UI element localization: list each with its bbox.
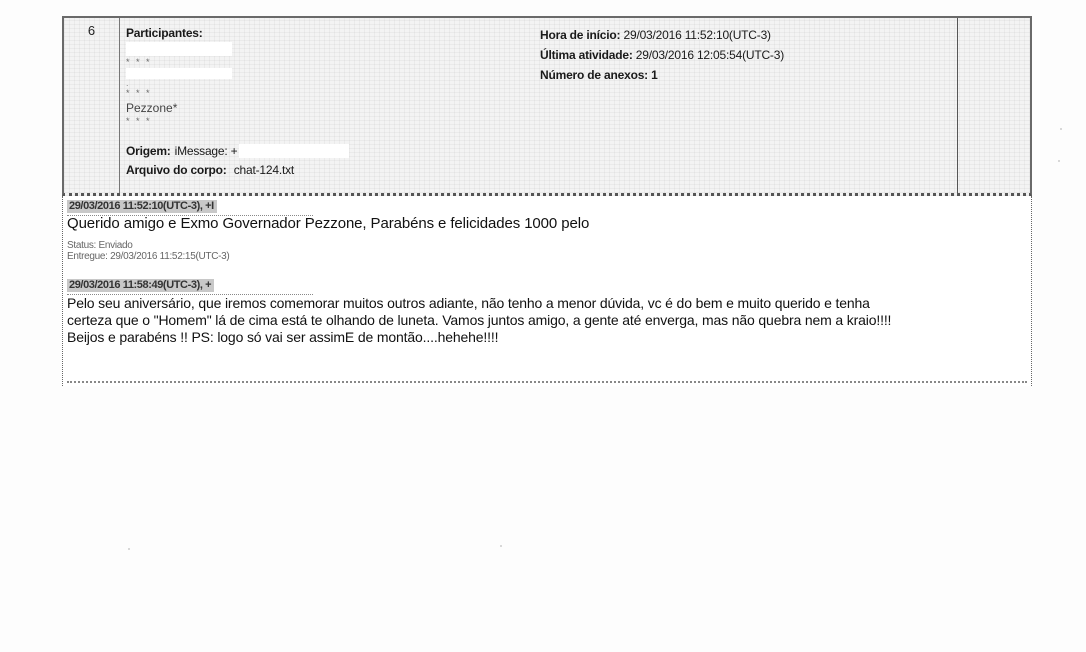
redacted-participant-2	[126, 68, 232, 79]
participant-1-marker: * * *	[126, 56, 540, 68]
attachments-value: 1	[651, 68, 657, 82]
redacted-origin	[239, 144, 349, 158]
record-index-cell: 6	[64, 18, 120, 193]
start-time-value: 29/03/2016 11:52:10(UTC-3)	[624, 28, 771, 42]
message-2-line-1: Pelo seu aniversário, que iremos comemor…	[67, 295, 1031, 312]
message-2-line-2: certeza que o "Homem" lá de cima está te…	[67, 312, 1031, 329]
attachments-row: Número de anexos: 1	[540, 66, 957, 86]
empty-cell	[958, 18, 1030, 193]
record-index: 6	[88, 23, 95, 38]
scan-speck	[500, 545, 502, 547]
body-file-row: Arquivo do corpo: chat-124.txt	[126, 161, 540, 181]
messages-box: 29/03/2016 11:52:10(UTC-3), +I Querido a…	[62, 196, 1032, 386]
participant-3-marker: * * *	[126, 115, 540, 127]
body-file-label: Arquivo do corpo:	[126, 163, 227, 177]
participant-2-name: .	[126, 79, 540, 87]
metadata-cell: Hora de início: 29/03/2016 11:52:10(UTC-…	[540, 18, 958, 193]
participants-cell: Participantes: * * * . * * * Pezzone* * …	[120, 18, 540, 193]
message-2-line-3: Beijos e parabéns !! PS: logo só vai ser…	[67, 329, 1031, 346]
redacted-participant-1	[126, 42, 232, 56]
participants-label: Participantes:	[126, 26, 540, 40]
message-1: 29/03/2016 11:52:10(UTC-3), +I Querido a…	[63, 196, 1031, 262]
origin-value: iMessage: +	[175, 142, 238, 160]
body-file-value: chat-124.txt	[234, 163, 294, 177]
origin-label: Origem:	[126, 142, 171, 160]
message-1-delivered: Entregue: 29/03/2016 11:52:15(UTC-3)	[67, 251, 1031, 262]
message-1-timestamp: 29/03/2016 11:52:10(UTC-3), +I	[67, 200, 217, 213]
last-activity-row: Última atividade: 29/03/2016 12:05:54(UT…	[540, 46, 957, 66]
conversation-record-header: 6 Participantes: * * * . * * * Pezzone* …	[62, 16, 1032, 196]
messages-bottom-rule	[67, 381, 1027, 383]
scan-speck	[1060, 128, 1062, 130]
attachments-label: Número de anexos:	[540, 68, 648, 82]
last-activity-value: 29/03/2016 12:05:54(UTC-3)	[636, 48, 784, 62]
message-1-status: Status: Enviado	[67, 240, 1031, 251]
last-activity-label: Última atividade:	[540, 48, 633, 62]
message-2-body: Pelo seu aniversário, que iremos comemor…	[67, 295, 1031, 346]
scan-speck	[1058, 160, 1060, 162]
message-2: 29/03/2016 11:58:49(UTC-3), + Pelo seu a…	[63, 275, 1031, 346]
start-time-row: Hora de início: 29/03/2016 11:52:10(UTC-…	[540, 26, 957, 46]
message-1-status-block: Status: Enviado Entregue: 29/03/2016 11:…	[67, 240, 1031, 262]
message-1-body: Querido amigo e Exmo Governador Pezzone,…	[67, 216, 1031, 232]
scan-speck	[128, 548, 130, 550]
start-time-label: Hora de início:	[540, 28, 620, 42]
participant-3-name: Pezzone*	[126, 101, 540, 115]
participant-2-marker: * * *	[126, 87, 540, 99]
origin-row: Origem: iMessage: +	[126, 141, 540, 161]
message-2-timestamp: 29/03/2016 11:58:49(UTC-3), +	[67, 279, 214, 292]
